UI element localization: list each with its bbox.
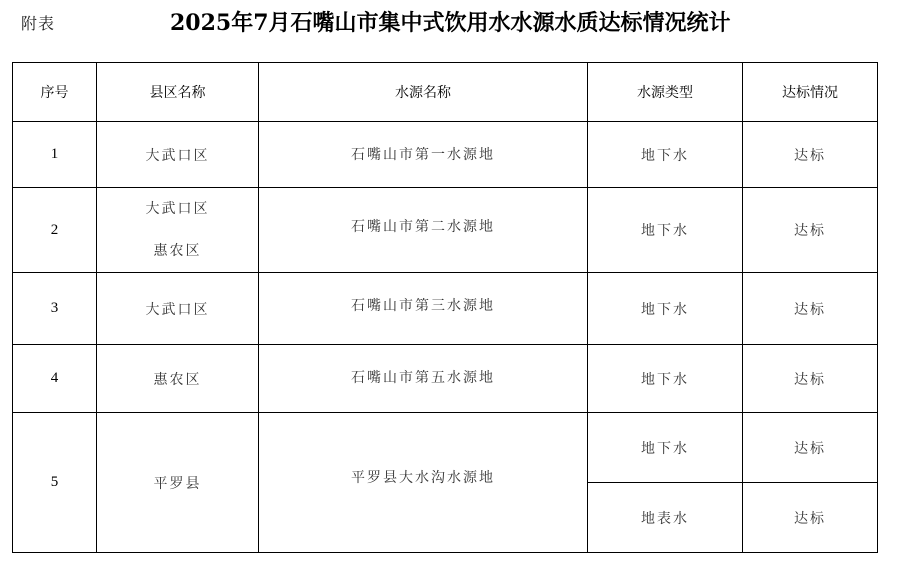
column-header-index: 序号 [13, 63, 97, 122]
row-source-type: 地下水 [588, 345, 743, 413]
district-name: 大武口区 [97, 188, 258, 230]
source-name-text: 石嘴山市第二水源地 [259, 188, 587, 236]
row-status: 达标 [743, 122, 878, 188]
source-name-text: 石嘴山市第一水源地 [259, 122, 587, 164]
row-source-name: 石嘴山市第五水源地 [259, 345, 588, 413]
page-title: 2025年7月石嘴山市集中式饮用水水源水质达标情况统计 [170, 6, 731, 37]
water-quality-table: 序号 县区名称 水源名称 水源类型 达标情况 1 大武口区 石嘴山市第一水源地 … [12, 62, 878, 553]
row-source-type: 地下水 [588, 188, 743, 273]
row-district: 惠农区 [97, 345, 259, 413]
table-header-row: 序号 县区名称 水源名称 水源类型 达标情况 [13, 63, 878, 122]
row-source-name: 石嘴山市第二水源地 [259, 188, 588, 273]
row-source-name: 石嘴山市第三水源地 [259, 273, 588, 345]
row-source-type: 地表水 [588, 483, 743, 553]
row-source-name: 石嘴山市第一水源地 [259, 122, 588, 188]
column-header-source-type: 水源类型 [588, 63, 743, 122]
row-index: 4 [13, 345, 97, 413]
row-index: 2 [13, 188, 97, 273]
row-source-type: 地下水 [588, 273, 743, 345]
row-status: 达标 [743, 483, 878, 553]
row-district: 大武口区 [97, 122, 259, 188]
row-district: 大武口区 惠农区 [97, 188, 259, 273]
table-row: 1 大武口区 石嘴山市第一水源地 地下水 达标 [13, 122, 878, 188]
district-name: 惠农区 [97, 230, 258, 272]
row-status: 达标 [743, 273, 878, 345]
row-source-name: 平罗县大水沟水源地 [259, 413, 588, 553]
row-index: 3 [13, 273, 97, 345]
appendix-label: 附表 [21, 11, 55, 34]
row-index: 5 [13, 413, 97, 553]
row-index: 1 [13, 122, 97, 188]
row-status: 达标 [743, 413, 878, 483]
row-status: 达标 [743, 345, 878, 413]
table-row: 5 平罗县 平罗县大水沟水源地 地下水 达标 [13, 413, 878, 483]
source-name-text: 平罗县大水沟水源地 [259, 467, 587, 487]
table-row: 2 大武口区 惠农区 石嘴山市第二水源地 地下水 达标 [13, 188, 878, 273]
row-source-type: 地下水 [588, 413, 743, 483]
table-row: 3 大武口区 石嘴山市第三水源地 地下水 达标 [13, 273, 878, 345]
row-source-type: 地下水 [588, 122, 743, 188]
column-header-district: 县区名称 [97, 63, 259, 122]
source-name-text: 石嘴山市第五水源地 [259, 345, 587, 387]
column-header-source-name: 水源名称 [259, 63, 588, 122]
table-row: 4 惠农区 石嘴山市第五水源地 地下水 达标 [13, 345, 878, 413]
column-header-status: 达标情况 [743, 63, 878, 122]
source-name-text: 石嘴山市第三水源地 [259, 273, 587, 315]
row-district: 平罗县 [97, 413, 259, 553]
row-district: 大武口区 [97, 273, 259, 345]
row-status: 达标 [743, 188, 878, 273]
